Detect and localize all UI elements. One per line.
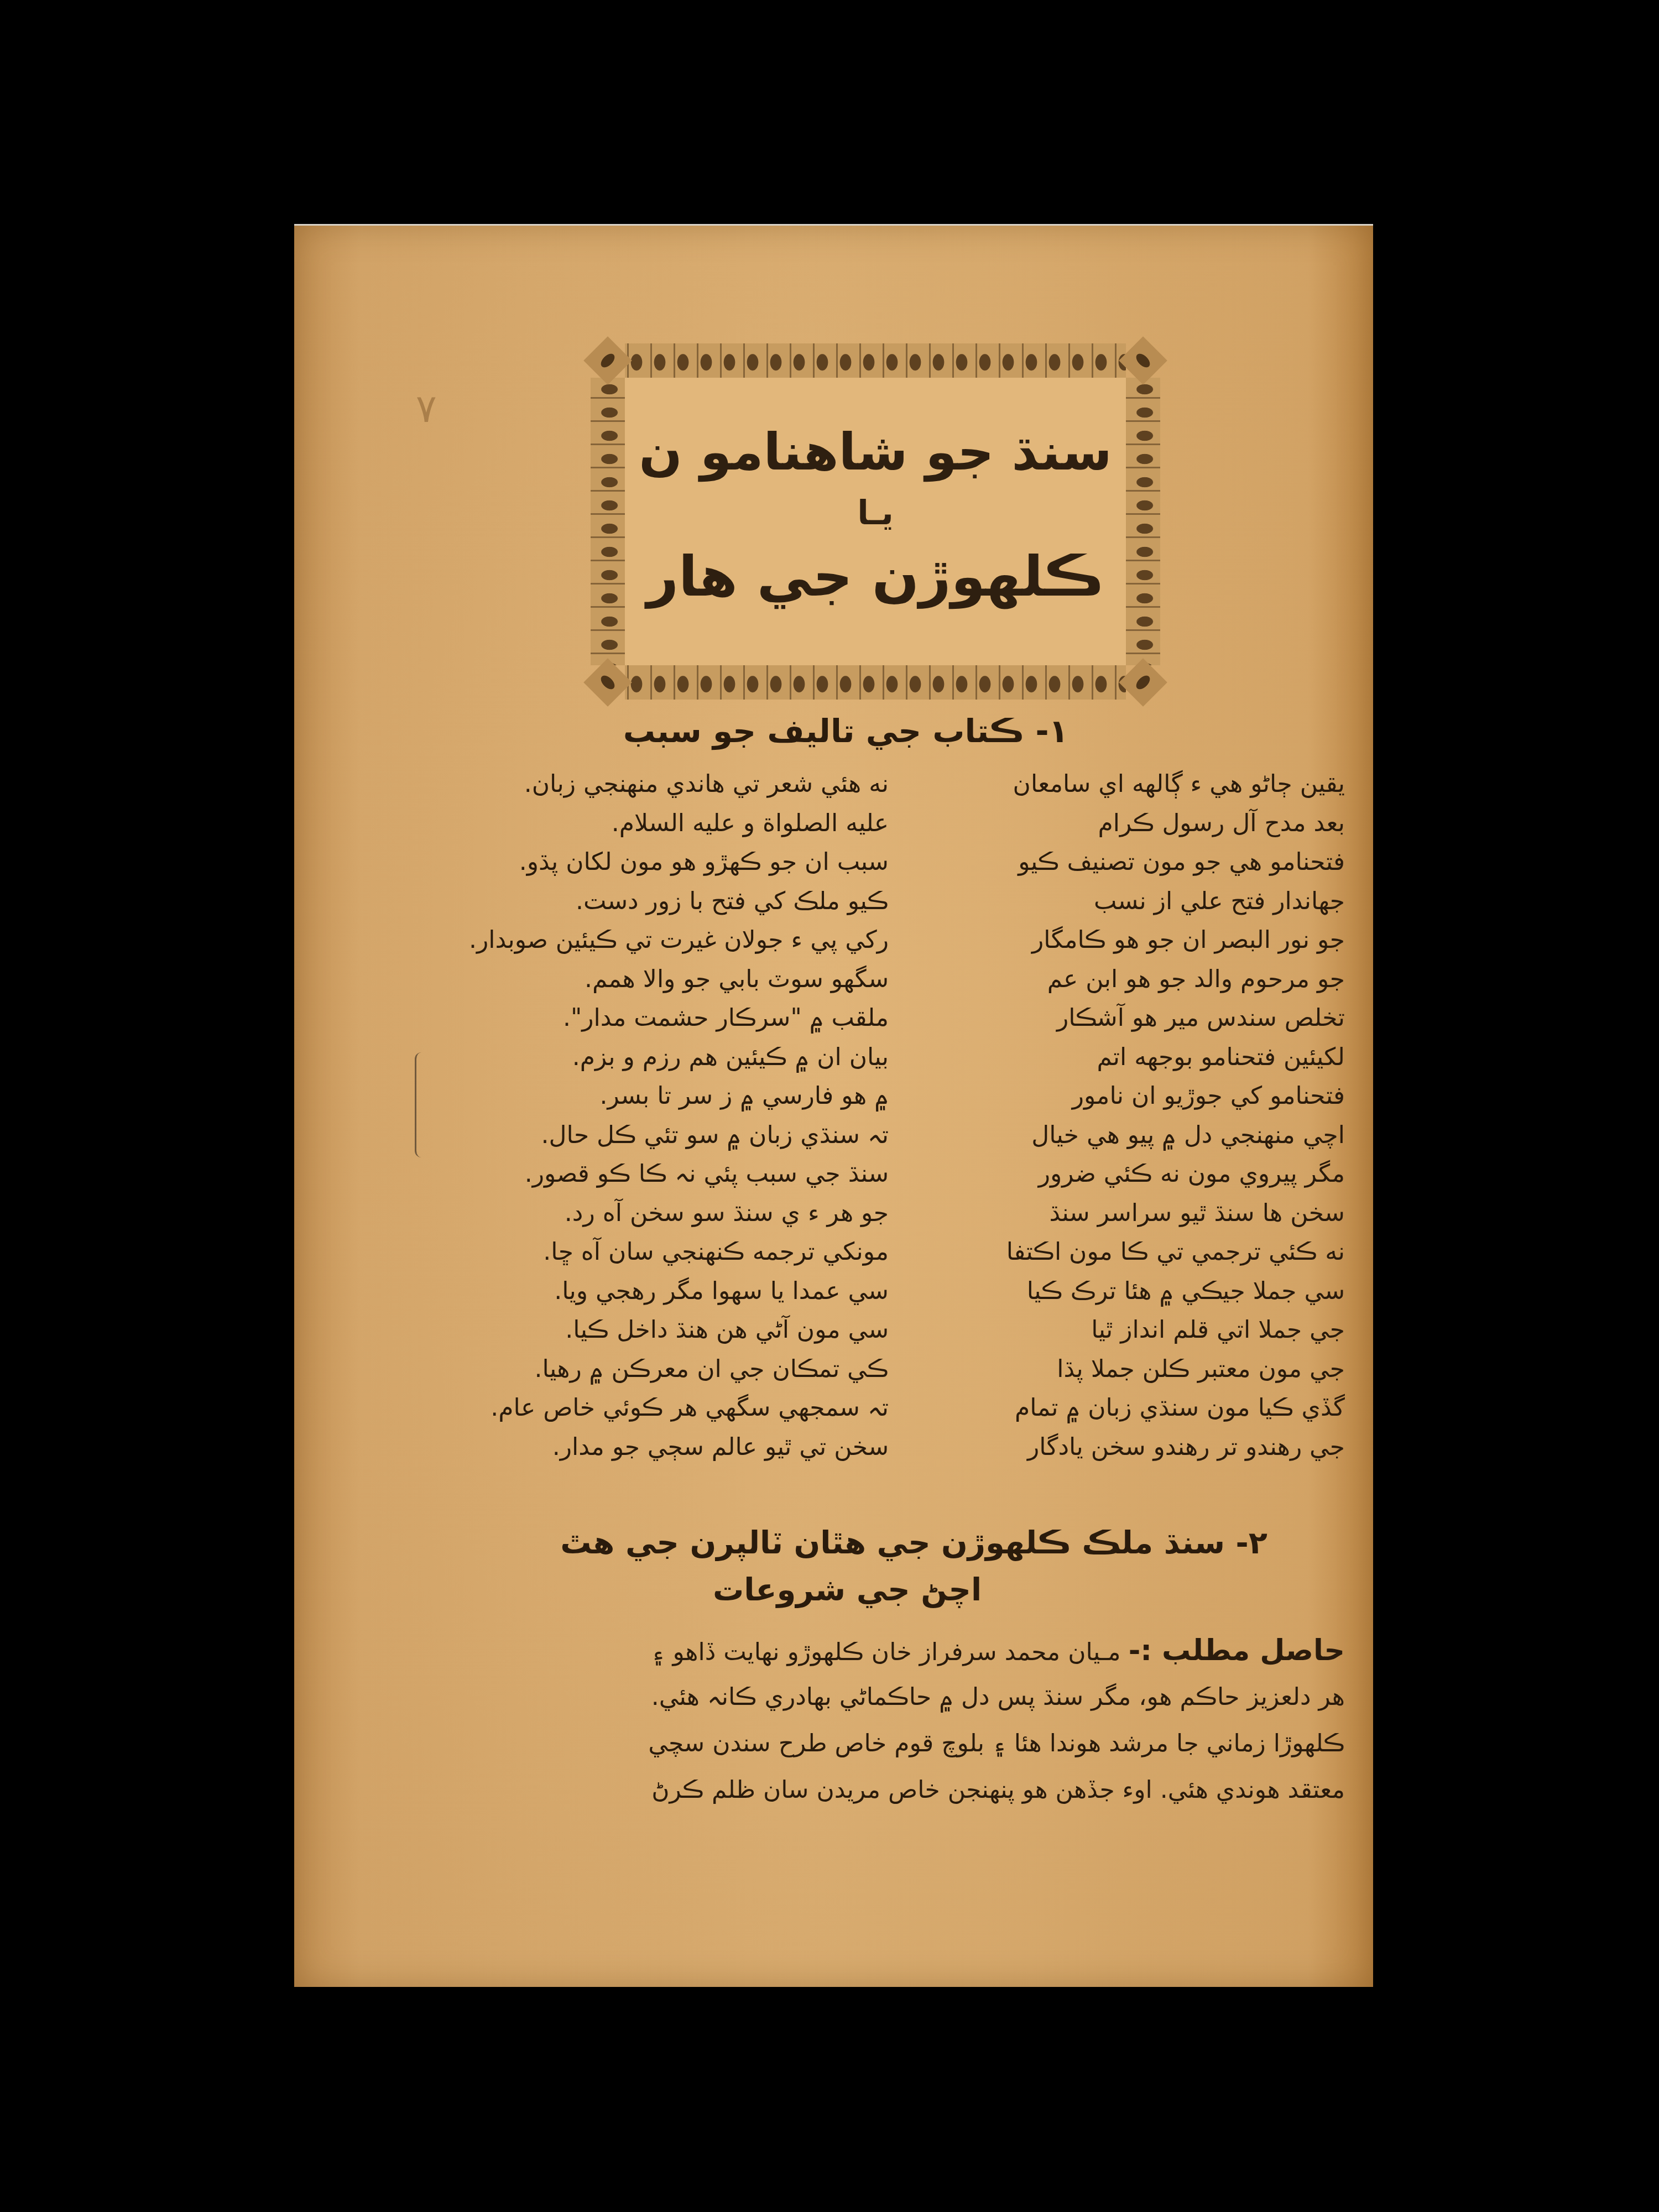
book-page: ٧ سنڌ جو شاهنامو ن يـا ڪلهوڙن جي هار ١- …	[294, 224, 1373, 1987]
verse-line: سخن ها سنڌ ٿيو سراسر سنڌ	[897, 1194, 1345, 1233]
verse-line: جو مرحوم والد جو هو ابن عم	[897, 960, 1345, 999]
verse-line: سگهو سوٽ بابي جو والا همم.	[430, 960, 889, 999]
page-number: ٧	[416, 386, 437, 431]
verse-line: رکي پي ء جولان غيرت تي ڪيئين صوبدار.	[430, 921, 889, 960]
verse-line: لکيئين فتحنامو بوجهه اتم	[897, 1038, 1345, 1077]
handwritten-brace-mark	[415, 1052, 426, 1157]
verse-line: بيان ان ۾ ڪيئين هم رزم و بزم.	[430, 1038, 889, 1077]
verse-line: نه هئي شعر تي هاندي منهنجي زبان.	[430, 765, 889, 804]
verse-line: ڪي تمڪان جي ان معرڪن ۾ رهيا.	[430, 1350, 889, 1389]
verse-line: سخن تي ٿيو عالم سڄي جو مدار.	[430, 1428, 889, 1467]
verse-column-left: نه هئي شعر تي هاندي منهنجي زبان. عليه ال…	[430, 765, 889, 1467]
verse-line: سي عمدا يا سهوا مگر رهجي ويا.	[430, 1272, 889, 1311]
verse-line: جو نور البصر ان جو هو ڪامگار	[897, 921, 1345, 960]
verse-line: ڪيو ملڪ کي فتح با زور دست.	[430, 882, 889, 921]
verse-line: مگر پيروي مون نه ڪئي ضرور	[897, 1155, 1345, 1194]
summary-label: حاصل مطلب :-	[1129, 1634, 1345, 1667]
verse-line: تخلص سندس مير هو آشڪار	[897, 999, 1345, 1038]
ornamental-border-bottom	[625, 665, 1126, 700]
section-2-heading-line-2: اچڻ جي شروعات	[427, 1572, 1267, 1608]
verse-line: اچي منهنجي دل ۾ پيو هي خيال	[897, 1116, 1345, 1155]
verse-line: بعد مدح آل رسول ڪرام	[897, 804, 1345, 843]
section-1-heading: ١- ڪتاب جي تاليف جو سبب	[626, 712, 1068, 750]
verse-line: سبب ان جو ڪهڙو هو مون لکان پڌو.	[430, 843, 889, 882]
title-or: يـا	[625, 488, 1126, 538]
prose-text: مـيان محمد سرفراز خان ڪلهوڙو نهايت ڏاهو …	[651, 1638, 1121, 1666]
ornamental-border-left	[591, 378, 625, 665]
section-2-heading-line-1: ٢- سنڌ ملڪ ڪلهوڙن جي هٿان ٽالپرن جي هٿ	[427, 1525, 1267, 1561]
verse-line: جي رهندو تر رهندو سخن يادگار	[897, 1428, 1345, 1467]
summary-paragraph: حاصل مطلب :- مـيان محمد سرفراز خان ڪلهوڙ…	[427, 1627, 1345, 1813]
prose-line: ڪلهوڙا زماني جا مرشد هوندا هئا ۽ بلوچ قو…	[427, 1720, 1345, 1767]
verse-line: جو هر ء ي سنڌ سو سخن آه رد.	[430, 1194, 889, 1233]
verse-line: تہ سمجهي سگهي هر ڪوئي خاص عام.	[430, 1389, 889, 1428]
verse-line: نه ڪئي ترجمي تي ڪا مون اڪتفا	[897, 1233, 1345, 1272]
verse-line: جهاندار فتح علي از نسب	[897, 882, 1345, 921]
title-frame: سنڌ جو شاهنامو ن يـا ڪلهوڙن جي هار	[625, 378, 1126, 665]
prose-line: معتقد هوندي هئي. اوء جڏهن هو پنهنجن خاص …	[427, 1767, 1345, 1813]
ornamental-border-top	[625, 343, 1126, 378]
verse-line: ملقب ۾ "سرڪار حشمت مدار".	[430, 999, 889, 1038]
verse-line: يقين ڄاڻو هي ء ڳالهه اي سامعان	[897, 765, 1345, 804]
ornamental-border-right	[1126, 378, 1160, 665]
title-line-2: ڪلهوڙن جي هار	[625, 538, 1126, 615]
verse-line: سنڌ جي سبب پئي نہ ڪا ڪو قصور.	[430, 1155, 889, 1194]
verse-line: سي جملا جيڪي ۾ هئا ترڪ ڪيا	[897, 1272, 1345, 1311]
title-line-1: سنڌ جو شاهنامو ن	[625, 416, 1126, 488]
verse-line: عليه الصلواة و عليه السلام.	[430, 804, 889, 843]
verse-line: جي جملا اتي قلم انداز ٿيا	[897, 1311, 1345, 1350]
ornament-corner-icon	[1119, 658, 1167, 707]
verse-line: مونکي ترجمه ڪنهنجي سان آه ڇا.	[430, 1233, 889, 1272]
verse-line: ۾ هو فارسي ۾ ز سر تا بسر.	[430, 1077, 889, 1116]
prose-line: حاصل مطلب :- مـيان محمد سرفراز خان ڪلهوڙ…	[427, 1627, 1345, 1674]
book-title: سنڌ جو شاهنامو ن يـا ڪلهوڙن جي هار	[625, 416, 1126, 615]
verse-column-right: يقين ڄاڻو هي ء ڳالهه اي سامعان بعد مدح آ…	[897, 765, 1345, 1467]
verse-line: سي مون آڻي هن هنڌ داخل ڪيا.	[430, 1311, 889, 1350]
verse-line: جي مون معتبر ڪلن جملا پڌا	[897, 1350, 1345, 1389]
verse-line: فتحنامو کي جوڙيو ان نامور	[897, 1077, 1345, 1116]
verse-line: گڏي ڪيا مون سنڌي زبان ۾ تمام	[897, 1389, 1345, 1428]
verse-line: فتحنامو هي جو مون تصنيف ڪيو	[897, 843, 1345, 882]
prose-line: هر دلعزيز حاڪم هو، مگر سنڌ پس دل ۾ حاڪما…	[427, 1674, 1345, 1720]
verse-line: تہ سنڌي زبان ۾ سو تئي ڪل حال.	[430, 1116, 889, 1155]
